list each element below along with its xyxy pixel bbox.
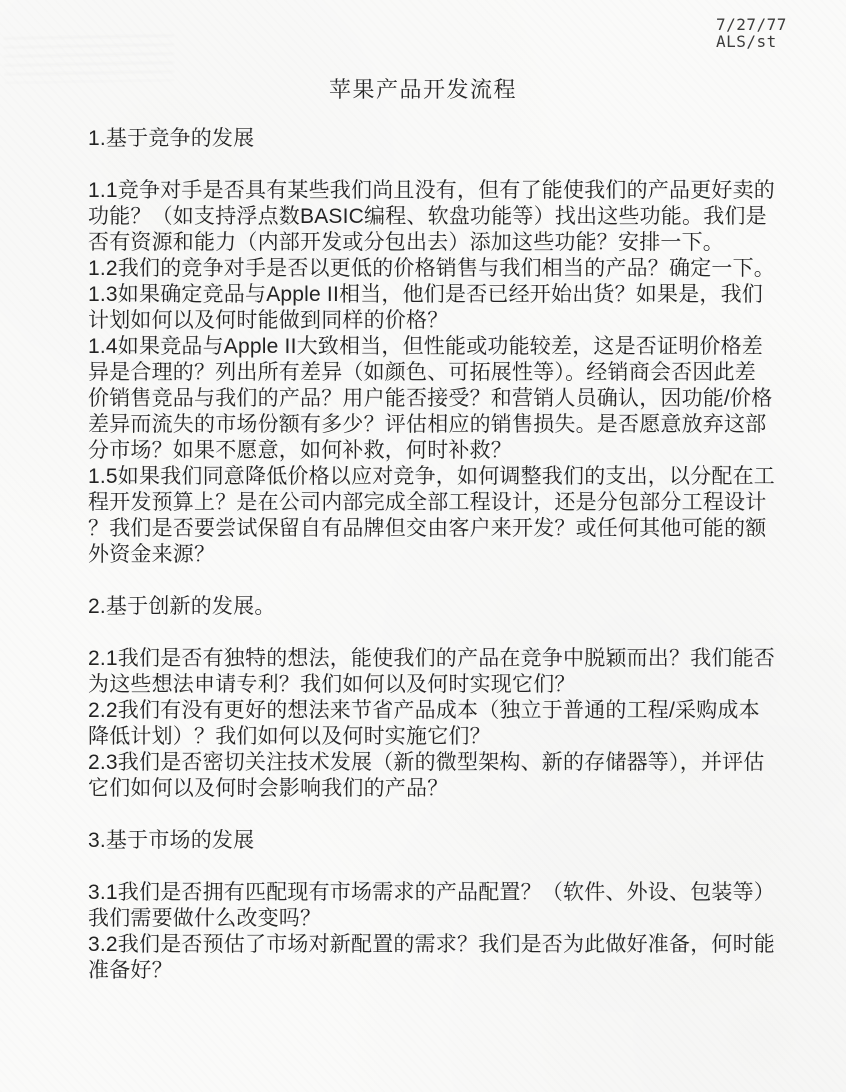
author-initials: ALS/st — [716, 33, 787, 50]
paragraph-1-5: 1.5如果我们同意降低价格以应对竞争，如何调整我们的支出，以分配在工 程开发预算… — [88, 464, 812, 568]
paragraph-2-2: 2.2我们有没有更好的想法来节省产品成本（独立于普通的工程/采购成本 降低计划）… — [88, 698, 812, 750]
document-header-meta: 7/27/77 ALS/st — [716, 16, 787, 50]
section-innovation-paragraphs: 2.1我们是否有独特的想法，能使我们的产品在竞争中脱颖而出？我们能否 为这些想法… — [88, 646, 812, 802]
section-competition-paragraphs: 1.1竞争对手是否具有某些我们尚且没有，但有了能使我们的产品更好卖的 功能？（如… — [88, 178, 812, 568]
paragraph-1-1: 1.1竞争对手是否具有某些我们尚且没有，但有了能使我们的产品更好卖的 功能？（如… — [88, 178, 812, 256]
document-date: 7/27/77 — [716, 16, 787, 33]
paragraph-1-3: 1.3如果确定竞品与Apple II相当，他们是否已经开始出货？如果是，我们 计… — [88, 282, 812, 334]
section-market-paragraphs: 3.1我们是否拥有匹配现有市场需求的产品配置？（软件、外设、包装等） 我们需要做… — [88, 880, 812, 984]
document-title: 苹果产品开发流程 — [0, 76, 846, 104]
paragraph-1-4: 1.4如果竞品与Apple II大致相当，但性能或功能较差，这是否证明价格差 异… — [88, 334, 812, 464]
section-heading-competition: 1.基于竞争的发展 — [88, 126, 812, 152]
document-body: 1.基于竞争的发展 1.1竞争对手是否具有某些我们尚且没有，但有了能使我们的产品… — [88, 126, 812, 1010]
paragraph-2-1: 2.1我们是否有独特的想法，能使我们的产品在竞争中脱颖而出？我们能否 为这些想法… — [88, 646, 812, 698]
paragraph-2-3: 2.3我们是否密切关注技术发展（新的微型架构、新的存储器等），并评估 它们如何以… — [88, 750, 812, 802]
section-heading-market: 3.基于市场的发展 — [88, 828, 812, 854]
paragraph-3-1: 3.1我们是否拥有匹配现有市场需求的产品配置？（软件、外设、包装等） 我们需要做… — [88, 880, 812, 932]
section-heading-innovation: 2.基于创新的发展。 — [88, 594, 812, 620]
scanned-document-page: 7/27/77 ALS/st 苹果产品开发流程 1.基于竞争的发展 1.1竞争对… — [0, 0, 846, 1092]
paragraph-3-2: 3.2我们是否预估了市场对新配置的需求？我们是否为此做好准备，何时能 准备好？ — [88, 932, 812, 984]
paragraph-1-2: 1.2我们的竞争对手是否以更低的价格销售与我们相当的产品？确定一下。 — [88, 256, 812, 282]
